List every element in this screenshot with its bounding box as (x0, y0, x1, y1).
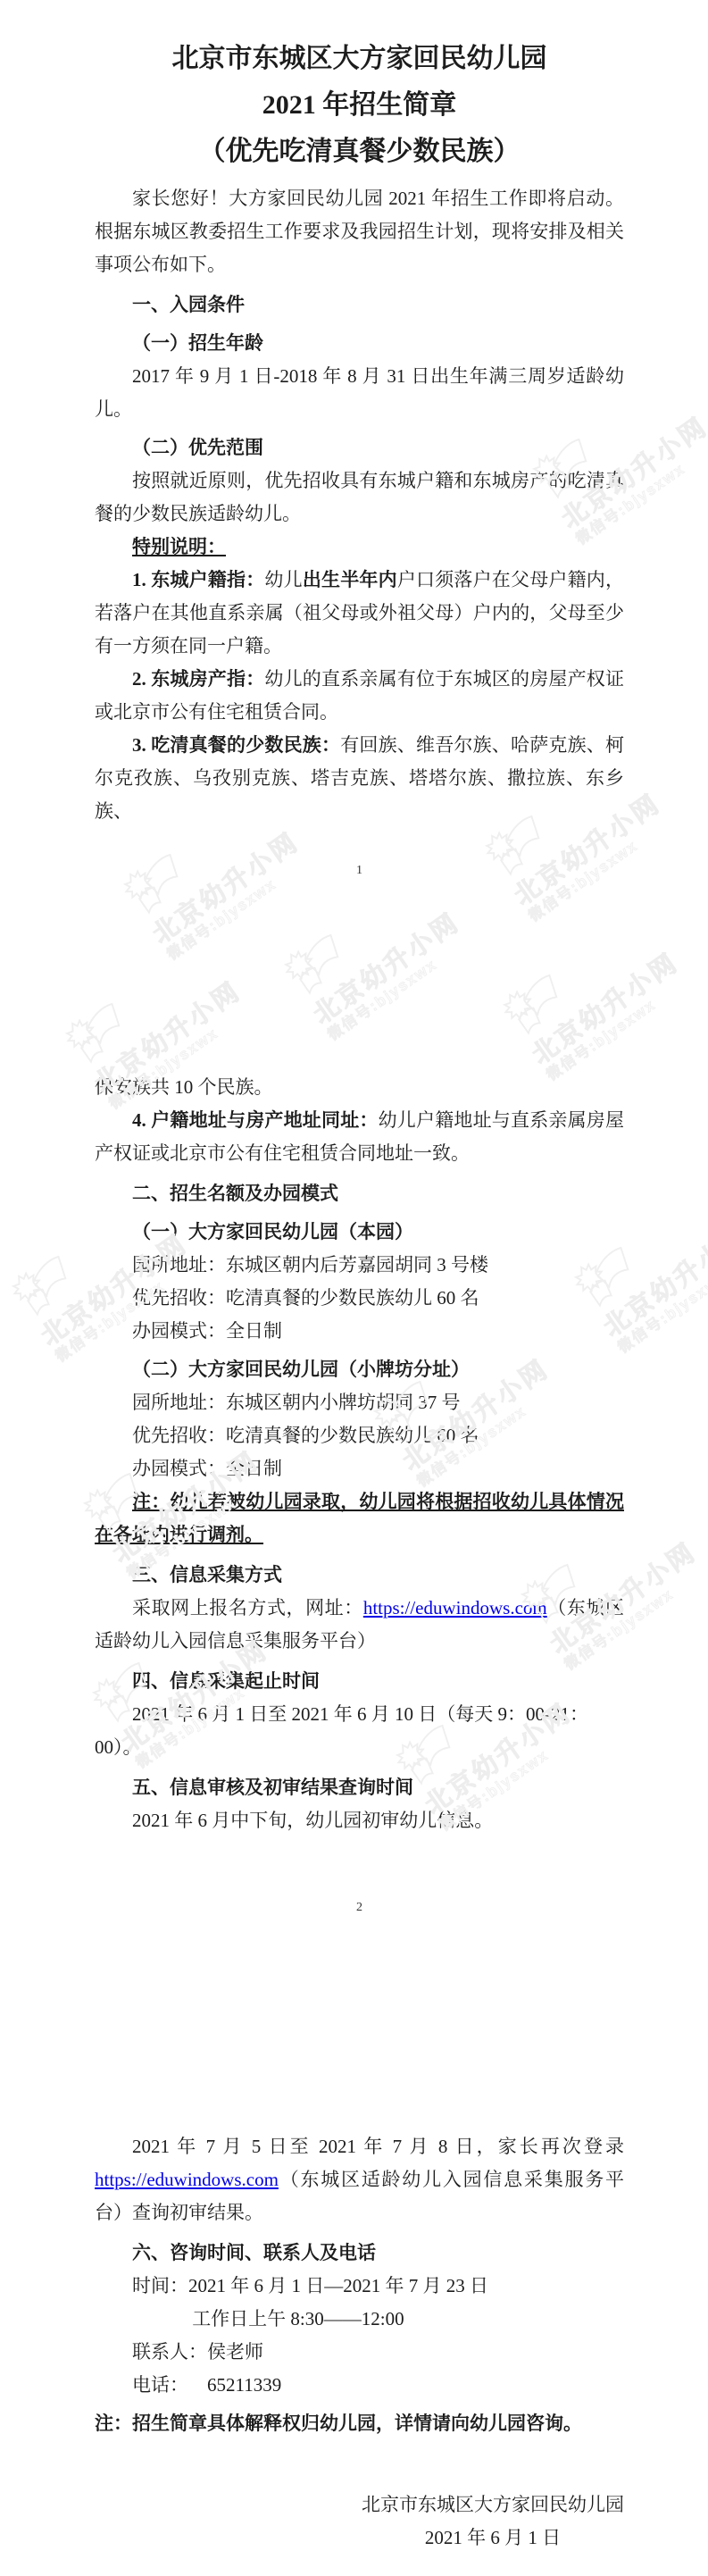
title-line-2: 2021 年招生简章 (95, 82, 624, 129)
campus1-mode: 办园模式：全日制 (95, 1315, 624, 1348)
title-line-1: 北京市东城区大方家回民幼儿园 (95, 36, 624, 82)
result-query-pre: 2021 年 7 月 5 日至 2021 年 7 月 8 日，家长再次登录 (132, 2136, 624, 2157)
page-number-1: 1 (95, 864, 624, 878)
section1-sub1-text: 2017 年 9 月 1 日-2018 年 8 月 31 日出生年满三周岁适龄幼… (95, 360, 624, 426)
review-time: 2021 年 6 月中下旬，幼儿园初审幼儿信息。 (95, 1804, 624, 1837)
campus2-priority: 优先招收：吃清真餐的少数民族幼儿 60 名 (95, 1419, 624, 1452)
adjustment-note: 注：幼儿若被幼儿园录取，幼儿园将根据招收幼儿具体情况在各址内进行调剂。 (95, 1485, 624, 1551)
collection-period: 2021 年 6 月 1 日至 2021 年 6 月 10 日（每天 9：00-… (95, 1698, 624, 1764)
same-address-item: 4. 户籍地址与房产地址同址：幼儿户籍地址与直系亲属房屋产权证或北京市公有住宅租… (95, 1104, 624, 1170)
consult-time: 时间：2021 年 6 月 1 日—2021 年 7 月 23 日 (95, 2270, 624, 2303)
result-query: 2021 年 7 月 5 日至 2021 年 7 月 8 日，家长再次登录htt… (95, 2130, 624, 2229)
property-item: 2. 东城房产指：幼儿的直系亲属有位于东城区的房屋产权证或北京市公有住宅租赁合同… (95, 663, 624, 729)
hukou-item: 1. 东城户籍指：幼儿出生半年内户口须落户在父母户籍内，若落户在其他直系亲属（祖… (95, 564, 624, 663)
consult-hours: 工作日上午 8:30——12:00 (95, 2303, 624, 2336)
hukou-item-bold: 出生半年内 (303, 569, 397, 590)
campus2-heading: （二）大方家回民幼儿园（小牌坊分址） (95, 1353, 624, 1386)
document-title: 北京市东城区大方家回民幼儿园 2021 年招生简章 （优先吃清真餐少数民族） (95, 36, 624, 175)
watermark-logo-icon (3, 1237, 97, 1326)
page-break-2: 2 (95, 1837, 624, 2130)
section1-sub2-text: 按照就近原则，优先招收具有东城户籍和东城房产的吃清真餐的少数民族适龄幼儿。 (95, 464, 624, 531)
adjustment-note-text: 注：幼儿若被幼儿园录取，幼儿园将根据招收幼儿具体情况在各址内进行调剂。 (95, 1491, 624, 1545)
same-address-item-label: 4. 户籍地址与房产地址同址： (132, 1109, 379, 1131)
section5-heading: 五、信息审核及初审结果查询时间 (95, 1771, 624, 1804)
campus2-address: 园所地址：东城区朝内小牌坊胡同 37 号 (95, 1386, 624, 1419)
campus1-heading: （一）大方家回民幼儿园（本园） (95, 1216, 624, 1249)
title-line-3: （优先吃清真餐少数民族） (95, 129, 624, 175)
ethnic-item-page1: 3. 吃清真餐的少数民族：有回族、维吾尔族、哈萨克族、柯尔克孜族、乌孜别克族、塔… (95, 729, 624, 828)
section1-heading: 一、入园条件 (95, 289, 624, 322)
hukou-item-pre: 幼儿 (264, 569, 302, 590)
section1-sub1-heading: （一）招生年龄 (95, 327, 624, 360)
section2-heading: 二、招生名额及办园模式 (95, 1177, 624, 1210)
final-note-text: 注：招生简章具体解释权归幼儿园，详情请向幼儿园咨询。 (95, 2413, 582, 2434)
section3-heading: 三、信息采集方式 (95, 1559, 624, 1592)
page-break-1: 1 (95, 828, 624, 1071)
property-item-label: 2. 东城房产指： (132, 668, 264, 690)
eduwindows-link[interactable]: https://eduwindows.com (363, 1597, 547, 1618)
watermark-wechat-text: 微信号:bjysxwx (614, 1219, 708, 1357)
page-number-2: 2 (95, 1901, 624, 1915)
signature-block: 北京市东城区大方家回民幼儿园 2021 年 6 月 1 日 (95, 2488, 624, 2555)
signature-date: 2021 年 6 月 1 日 (362, 2522, 624, 2555)
hukou-item-label: 1. 东城户籍指： (132, 569, 264, 590)
signature-org: 北京市东城区大方家回民幼儿园 (362, 2488, 624, 2522)
special-note-label-text: 特别说明： (132, 536, 226, 557)
phone-number: 65211339 (207, 2374, 281, 2396)
campus1-priority: 优先招收：吃清真餐的少数民族幼儿 60 名 (95, 1282, 624, 1315)
eduwindows-link-2[interactable]: https://eduwindows.com (95, 2169, 279, 2190)
phone-label: 电话： (132, 2374, 188, 2396)
registration-method-pre: 采取网上报名方式，网址： (132, 1597, 363, 1618)
campus1-address: 园所地址：东城区朝内后芳嘉园胡同 3 号楼 (95, 1249, 624, 1282)
contact-person: 联系人：侯老师 (95, 2336, 624, 2369)
registration-method: 采取网上报名方式，网址：https://eduwindows.com（东城区适龄… (95, 1592, 624, 1658)
special-note-label: 特别说明： (95, 531, 624, 564)
section6-heading: 六、咨询时间、联系人及电话 (95, 2237, 624, 2270)
contact-phone: 电话：65211339 (95, 2369, 624, 2402)
ethnic-item-page2: 保安族共 10 个民族。 (95, 1071, 624, 1104)
section1-sub2-heading: （二）优先范围 (95, 431, 624, 464)
document-page: 北京幼升小网 微信号:bjysxwx 北京幼升小网 微信号:bjysxwx 北京… (0, 0, 708, 2576)
final-note: 注：招生简章具体解释权归幼儿园，详情请向幼儿园咨询。 (95, 2407, 624, 2440)
intro-paragraph: 家长您好！大方家回民幼儿园 2021 年招生工作即将启动。根据东城区教委招生工作… (95, 182, 624, 281)
section4-heading: 四、信息采集起止时间 (95, 1665, 624, 1698)
ethnic-item-label: 3. 吃清真餐的少数民族： (132, 734, 340, 756)
campus2-mode: 办园模式：全日制 (95, 1452, 624, 1485)
